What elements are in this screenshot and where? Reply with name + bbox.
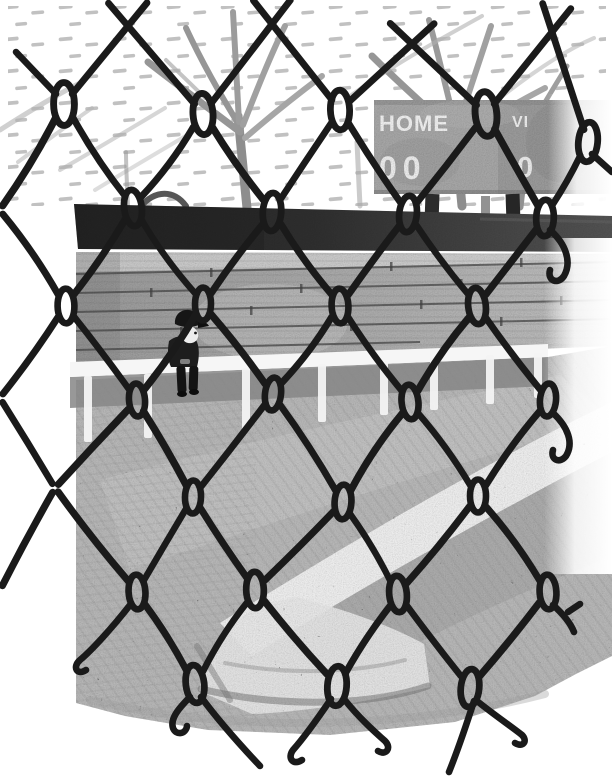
fence-wire [3, 402, 53, 483]
boy-leg [189, 366, 199, 391]
boy-hands [180, 359, 190, 364]
baseball-field-illustration: HOME VI 00 0 [0, 0, 612, 780]
fence-wire [2, 492, 52, 585]
fence-wire [3, 214, 59, 295]
illustration-canvas: HOME VI 00 0 [0, 0, 612, 780]
boy-leg [176, 366, 186, 393]
fence-wire [3, 317, 58, 394]
fence-knot [57, 289, 74, 324]
boy-eye [194, 332, 197, 335]
